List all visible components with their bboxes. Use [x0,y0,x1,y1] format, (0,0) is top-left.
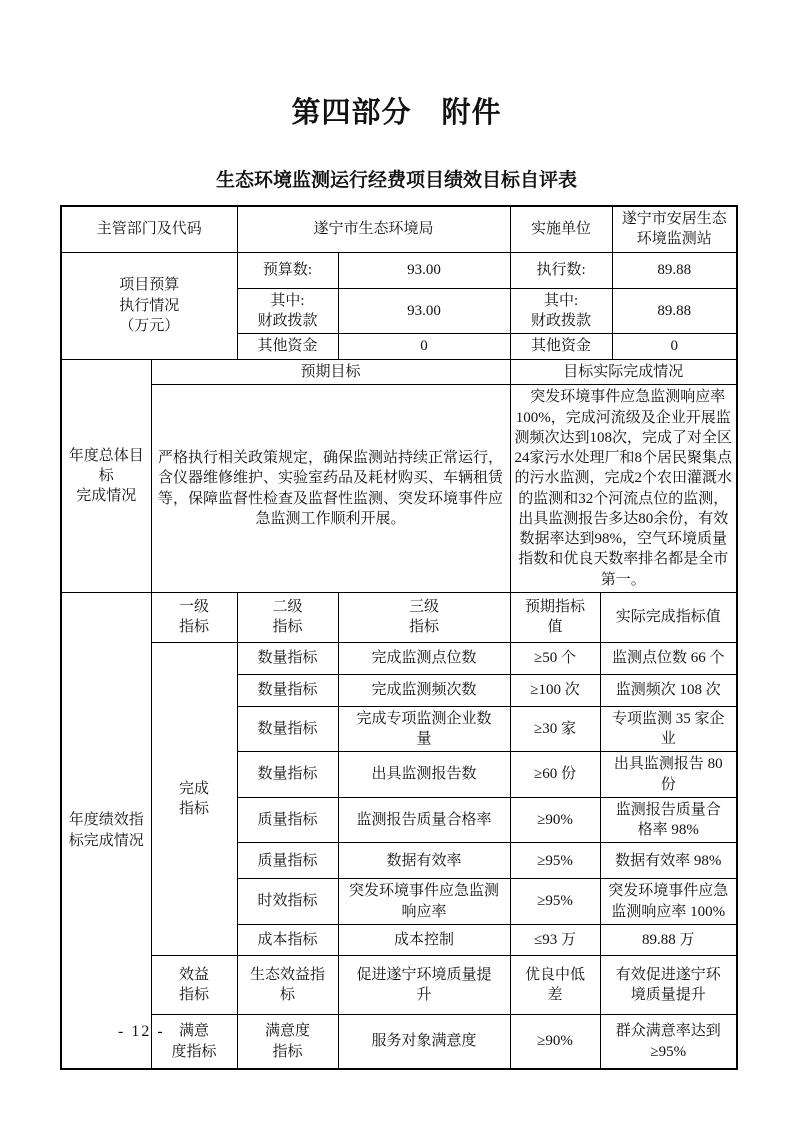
indicator-level2-cell: 成本指标 [237,924,338,955]
indicator-expected-cell: ≥30 家 [510,706,600,752]
budget-section-label-cell: 项目预算 执行情况 （万元） [61,252,237,360]
indicators-label-cell: 年度绩效指 标完成情况 [61,592,151,1069]
dept-value-cell: 遂宁市生态环境局 [237,206,510,252]
other-funds-right-label-cell: 其他资金 [510,334,612,360]
indicator-expected-cell: ≥60 份 [510,752,600,798]
exec-num-value-cell: 89.88 [612,252,737,288]
exec-num-label-cell: 执行数: [510,252,612,288]
indicator-level3-cell: 完成监测频次数 [338,674,510,706]
indicator-actual-cell: 有效促进遂宁环 境质量提升 [600,955,737,1014]
budget-num-value-cell: 93.00 [338,252,510,288]
indicator-expected-cell: 优良中低 差 [510,955,600,1014]
level1-complete-cell: 完成 指标 [151,642,237,955]
indicator-level3-cell: 出具监测报告数 [338,752,510,798]
indicator-expected-cell: ≤93 万 [510,924,600,955]
indicator-level2-cell: 质量指标 [237,797,338,843]
indicator-expected-cell: ≥90% [510,1014,600,1069]
header-level1-cell: 一级 指标 [151,592,237,642]
indicator-level2-cell: 时效指标 [237,879,338,925]
indicator-actual-cell: 群众满意率达到 ≥95% [600,1014,737,1069]
fiscal-left-value-cell: 93.00 [338,288,510,334]
header-expected-cell: 预期指标 值 [510,592,600,642]
indicator-expected-cell: ≥90% [510,797,600,843]
dept-label-cell: 主管部门及代码 [61,206,237,252]
annual-goal-label-cell: 年度总体目 标 完成情况 [61,360,151,593]
indicator-level3-cell: 成本控制 [338,924,510,955]
indicator-level3-cell: 服务对象满意度 [338,1014,510,1069]
indicator-actual-cell: 专项监测 35 家企 业 [600,706,737,752]
expected-goal-text-cell: 严格执行相关政策规定，确保监测站持续正常运行，含仪器维修维护、实验室药品及耗材购… [151,385,510,593]
indicator-actual-cell: 出具监测报告 80 份 [600,752,737,798]
fiscal-right-label-cell: 其中: 财政拨款 [510,288,612,334]
self-eval-table: 主管部门及代码 遂宁市生态环境局 实施单位 遂宁市安居生态 环境监测站 项目预算… [60,205,738,1070]
indicator-level3-cell: 突发环境事件应急监测 响应率 [338,879,510,925]
indicator-level3-cell: 完成专项监测企业数 量 [338,706,510,752]
header-actual-cell: 实际完成指标值 [600,592,737,642]
impl-unit-value-cell: 遂宁市安居生态 环境监测站 [612,206,737,252]
other-funds-right-value-cell: 0 [612,334,737,360]
actual-goal-header-cell: 目标实际完成情况 [510,360,737,385]
impl-unit-label-cell: 实施单位 [510,206,612,252]
indicator-level3-cell: 数据有效率 [338,843,510,879]
fiscal-right-value-cell: 89.88 [612,288,737,334]
document-page: 第四部分 附件 生态环境监测运行经费项目绩效目标自评表 主管部门及代码 遂宁市生… [0,0,793,1122]
indicator-level2-cell: 质量指标 [237,843,338,879]
indicator-actual-cell: 89.88 万 [600,924,737,955]
indicator-actual-cell: 突发环境事件应急 监测响应率 100% [600,879,737,925]
budget-num-label-cell: 预算数: [237,252,338,288]
indicator-level2-cell: 满意度 指标 [237,1014,338,1069]
indicator-level2-cell: 数量指标 [237,706,338,752]
header-level2-cell: 二级 指标 [237,592,338,642]
indicator-level3-cell: 促进遂宁环境质量提 升 [338,955,510,1014]
page-number: - 12 - [118,1023,165,1041]
header-level3-cell: 三级 指标 [338,592,510,642]
level1-benefit-cell: 效益 指标 [151,955,237,1014]
indicator-expected-cell: ≥50 个 [510,642,600,674]
other-funds-left-value-cell: 0 [338,334,510,360]
indicator-actual-cell: 监测点位数 66 个 [600,642,737,674]
indicator-level2-cell: 数量指标 [237,674,338,706]
expected-goal-header-cell: 预期目标 [151,360,510,385]
indicator-level3-cell: 监测报告质量合格率 [338,797,510,843]
indicator-level2-cell: 数量指标 [237,642,338,674]
indicator-actual-cell: 监测报告质量合 格率 98% [600,797,737,843]
indicator-actual-cell: 数据有效率 98% [600,843,737,879]
indicator-level3-cell: 完成监测点位数 [338,642,510,674]
indicator-expected-cell: ≥95% [510,879,600,925]
fiscal-left-label-cell: 其中: 财政拨款 [237,288,338,334]
indicator-expected-cell: ≥100 次 [510,674,600,706]
other-funds-left-label-cell: 其他资金 [237,334,338,360]
table-row: 完成 指标 数量指标 完成监测点位数 ≥50 个 监测点位数 66 个 [61,642,737,674]
indicator-level2-cell: 生态效益指 标 [237,955,338,1014]
actual-goal-text-cell: 突发环境事件应急监测响应率100%，完成河流级及企业开展监测频次达到108次，完… [510,385,737,593]
indicator-expected-cell: ≥95% [510,843,600,879]
indicator-actual-cell: 监测频次 108 次 [600,674,737,706]
indicator-level2-cell: 数量指标 [237,752,338,798]
page-title: 第四部分 附件 [0,0,793,131]
table-title: 生态环境监测运行经费项目绩效目标自评表 [0,165,793,192]
table-row: 效益 指标 生态效益指 标 促进遂宁环境质量提 升 优良中低 差 有效促进遂宁环… [61,955,737,1014]
